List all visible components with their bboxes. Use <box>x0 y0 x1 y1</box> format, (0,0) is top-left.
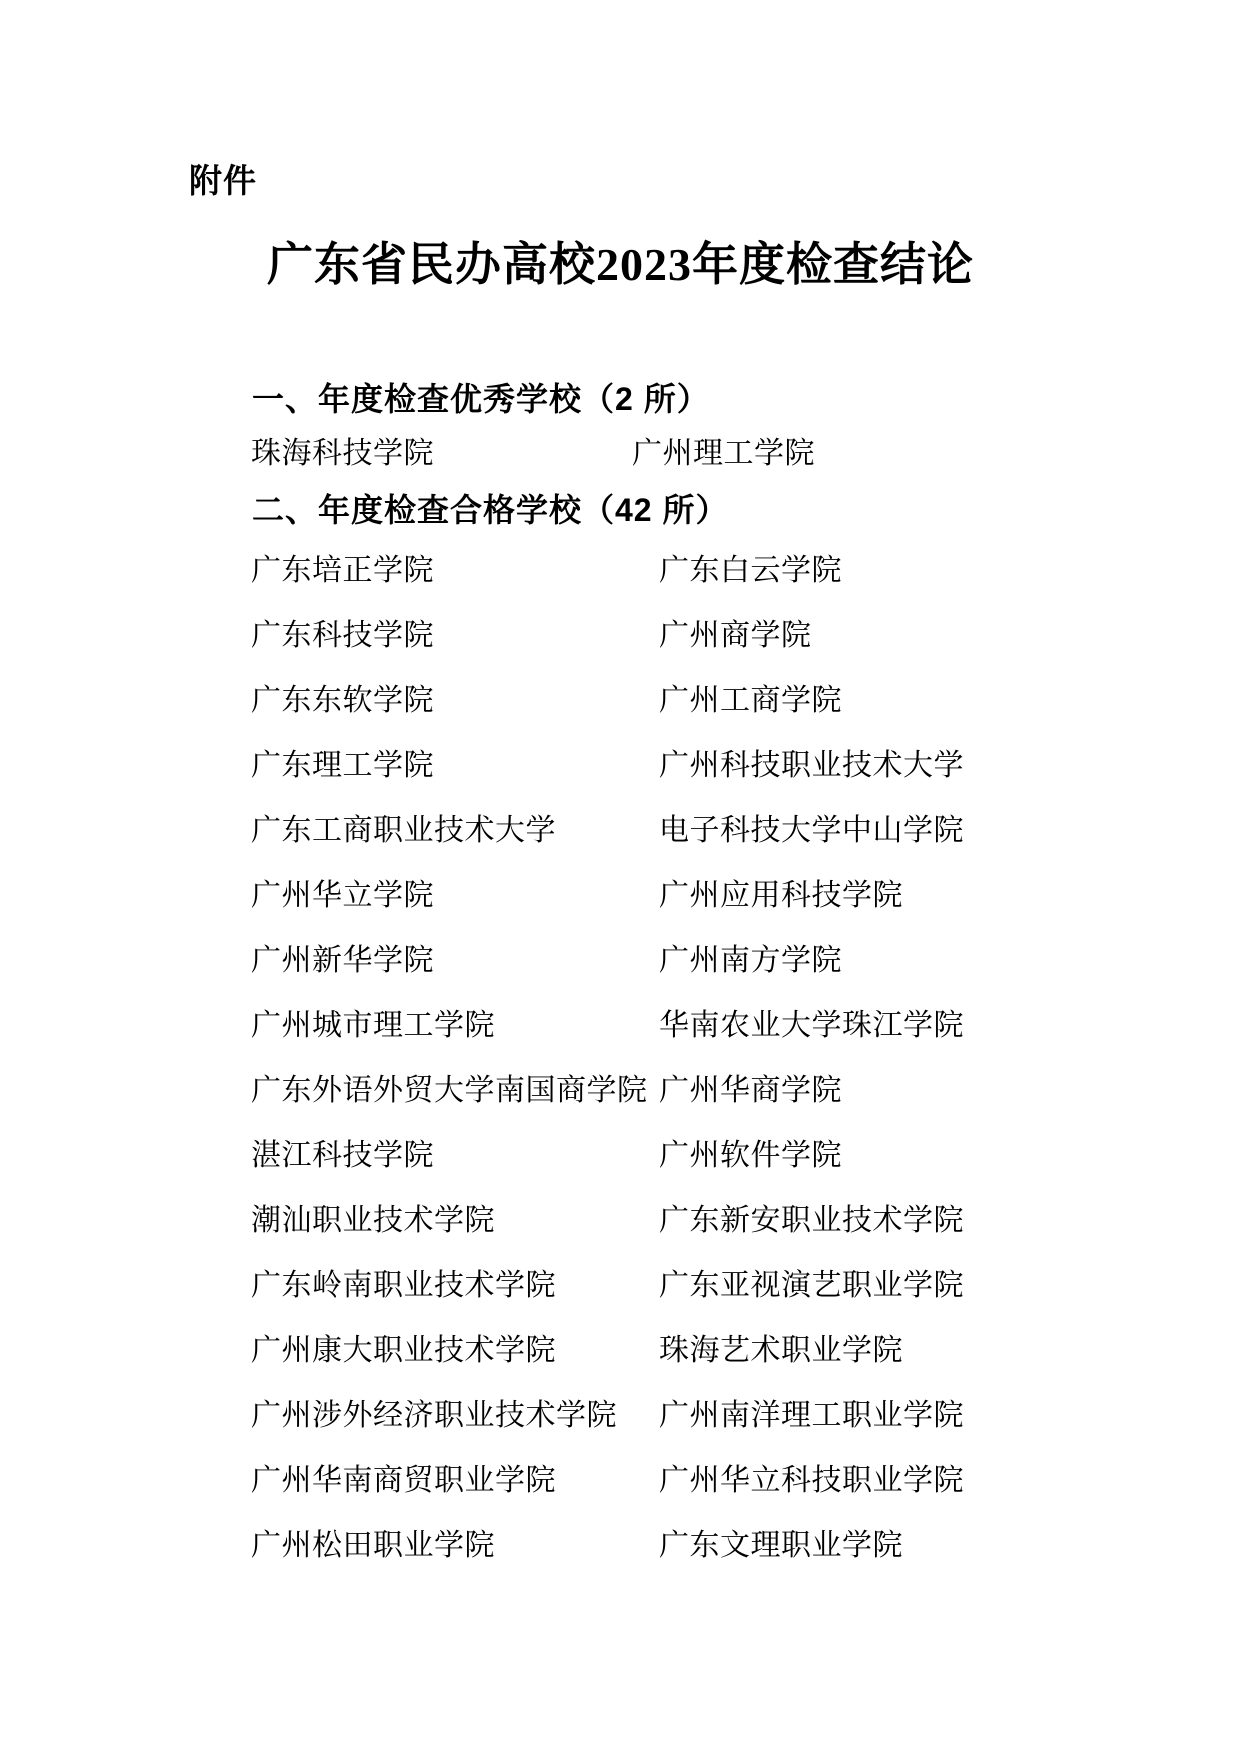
school-name: 广州华立学院 <box>251 879 659 914</box>
document-title: 广东省民办高校2023年度检查结论 <box>0 239 1241 292</box>
section-excellent-heading: 一、年度检查优秀学校（2 所） <box>252 382 710 417</box>
school-row: 广东外语外贸大学南国商学院广州华商学院 <box>251 1074 842 1109</box>
school-row: 湛江科技学院广州软件学院 <box>251 1139 842 1174</box>
school-row: 广东东软学院广州工商学院 <box>251 684 842 719</box>
school-name: 广东培正学院 <box>251 554 659 589</box>
section-qualified-heading: 二、年度检查合格学校（42 所） <box>252 493 729 528</box>
school-row: 广州华立学院广州应用科技学院 <box>251 879 903 914</box>
attachment-label: 附件 <box>189 163 257 199</box>
school-row: 广东科技学院广州商学院 <box>251 619 812 654</box>
school-row: 广州华南商贸职业学院广州华立科技职业学院 <box>251 1464 964 1499</box>
school-name: 广州华商学院 <box>659 1074 842 1107</box>
school-row: 广东岭南职业技术学院广东亚视演艺职业学院 <box>251 1269 964 1304</box>
school-name: 广东东软学院 <box>251 684 659 719</box>
school-name: 广州商学院 <box>659 619 812 652</box>
school-name: 广东新安职业技术学院 <box>659 1204 964 1237</box>
school-name: 广州理工学院 <box>632 437 815 470</box>
school-row: 广州新华学院广州南方学院 <box>251 944 842 979</box>
school-name: 广州松田职业学院 <box>251 1529 659 1564</box>
school-row: 珠海科技学院广州理工学院 <box>251 437 815 472</box>
school-name: 广州新华学院 <box>251 944 659 979</box>
school-name: 广东亚视演艺职业学院 <box>659 1269 964 1302</box>
school-name: 广东文理职业学院 <box>659 1529 903 1562</box>
school-name: 广东工商职业技术大学 <box>251 814 659 849</box>
school-name: 广州科技职业技术大学 <box>659 749 964 782</box>
school-name: 广东白云学院 <box>659 554 842 587</box>
school-row: 广州城市理工学院华南农业大学珠江学院 <box>251 1009 964 1044</box>
school-name: 广州南方学院 <box>659 944 842 977</box>
school-name: 广东外语外贸大学南国商学院 <box>251 1074 659 1109</box>
school-name: 电子科技大学中山学院 <box>659 814 964 847</box>
school-row: 广东理工学院广州科技职业技术大学 <box>251 749 964 784</box>
school-row: 广东培正学院广东白云学院 <box>251 554 842 589</box>
school-row: 潮汕职业技术学院广东新安职业技术学院 <box>251 1204 964 1239</box>
school-name: 广州应用科技学院 <box>659 879 903 912</box>
school-name: 广州工商学院 <box>659 684 842 717</box>
document-page: 附件 广东省民办高校2023年度检查结论 一、年度检查优秀学校（2 所） 珠海科… <box>0 0 1241 1754</box>
school-name: 广州康大职业技术学院 <box>251 1334 659 1369</box>
school-name: 广州城市理工学院 <box>251 1009 659 1044</box>
school-row: 广州涉外经济职业技术学院广州南洋理工职业学院 <box>251 1399 964 1434</box>
school-name: 广东理工学院 <box>251 749 659 784</box>
school-name: 广东科技学院 <box>251 619 659 654</box>
school-name: 潮汕职业技术学院 <box>251 1204 659 1239</box>
school-name: 广州涉外经济职业技术学院 <box>251 1399 659 1434</box>
school-row: 广州松田职业学院广东文理职业学院 <box>251 1529 903 1564</box>
school-name: 广东岭南职业技术学院 <box>251 1269 659 1304</box>
school-name: 广州华南商贸职业学院 <box>251 1464 659 1499</box>
school-name: 珠海艺术职业学院 <box>659 1334 903 1367</box>
school-name: 广州软件学院 <box>659 1139 842 1172</box>
school-row: 广东工商职业技术大学电子科技大学中山学院 <box>251 814 964 849</box>
school-name: 广州南洋理工职业学院 <box>659 1399 964 1432</box>
school-name: 湛江科技学院 <box>251 1139 659 1174</box>
school-row: 广州康大职业技术学院珠海艺术职业学院 <box>251 1334 903 1369</box>
school-name: 广州华立科技职业学院 <box>659 1464 964 1497</box>
school-name: 华南农业大学珠江学院 <box>659 1009 964 1042</box>
school-name: 珠海科技学院 <box>251 437 632 472</box>
